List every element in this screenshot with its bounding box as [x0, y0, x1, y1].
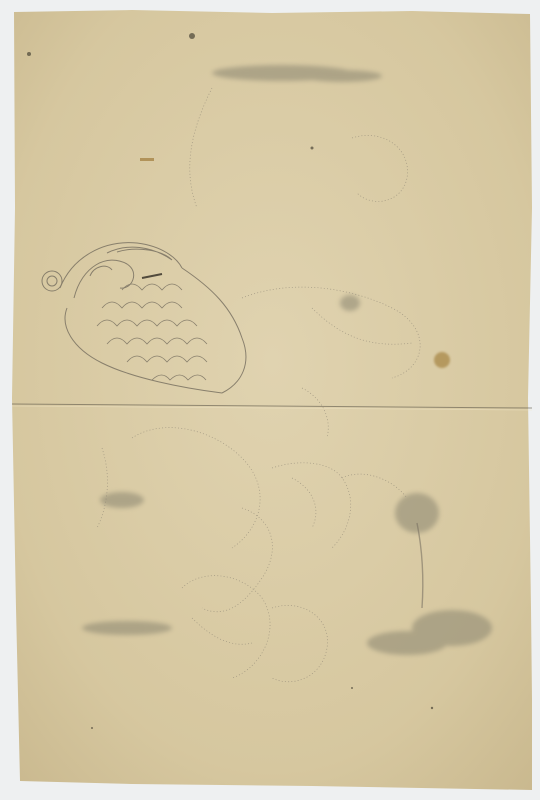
foxing-spot — [434, 352, 450, 368]
paper — [12, 10, 532, 790]
drawing-canvas — [12, 8, 532, 792]
paper-sheet — [12, 8, 532, 792]
